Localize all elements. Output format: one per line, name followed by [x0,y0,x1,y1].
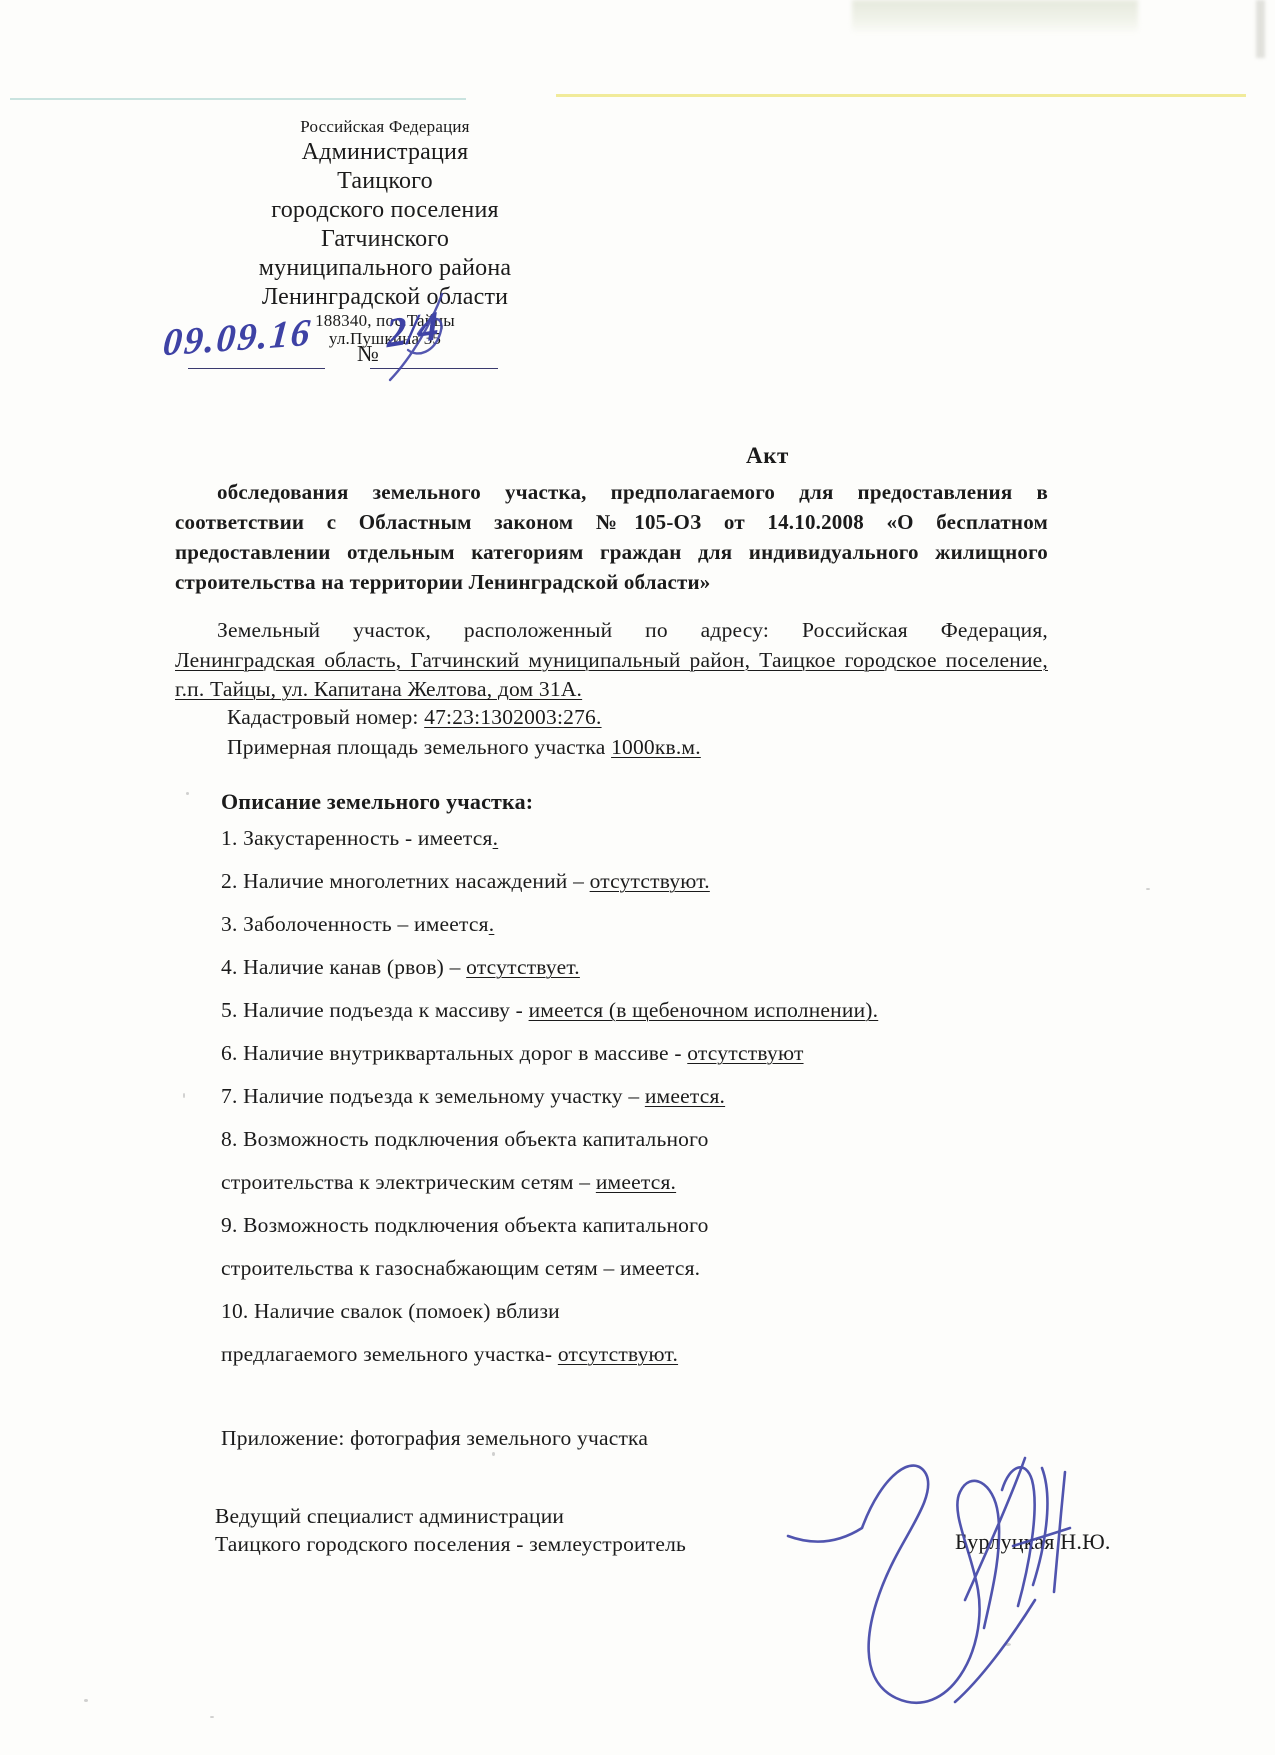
text-run: строительства к газоснабжающим сетям – и… [221,1256,700,1280]
description-line: 4. Наличие канав (рвов) – отсутствует. [221,956,1066,978]
description-line: 9. Возможность подключения объекта капит… [221,1214,1066,1236]
text-run: предоставлении отдельным категориям граж… [175,540,1048,564]
signatory-role: Ведущий специалист администрации Таицког… [215,1502,686,1558]
text-run: 1. Закустаренность - имеется [221,826,493,850]
description-line: 3. Заболоченность – имеется. [221,913,1066,935]
signatory-role-line2: Таицкого городского поселения - землеуст… [215,1530,686,1558]
description-line: 8. Возможность подключения объекта капит… [221,1128,1066,1150]
area-value: 1000кв.м. [611,735,701,759]
description-line: 10. Наличие свалок (помоек) вблизи [221,1300,1066,1322]
description-line: строительства к электрическим сетям – им… [221,1171,1066,1193]
description-line: 2. Наличие многолетних насаждений – отсу… [221,870,1066,892]
signatory-role-line1: Ведущий специалист администрации [215,1502,686,1530]
text-run: имеется. [645,1084,725,1108]
scan-speck [1146,888,1150,890]
text-run: . [493,826,499,850]
letterhead-org-line: Гатчинского [235,225,535,254]
scan-speck [210,1716,214,1718]
description-line: предлагаемого земельного участка- отсутс… [221,1343,1066,1365]
text-run: 10. Наличие свалок (помоек) вблизи [221,1299,560,1323]
text-run: отсутствуют [687,1041,803,1065]
intro-line: строительства на территории Ленинградско… [175,567,1048,597]
description-list: 1. Закустаренность - имеется.2. Наличие … [221,827,1066,1365]
description-line: 7. Наличие подъезда к земельному участку… [221,1085,1066,1107]
scan-speck [186,792,189,795]
description-line: 5. Наличие подъезда к массиву - имеется … [221,999,1066,1021]
text-run: . [489,912,495,936]
text-run: имеется. [596,1170,676,1194]
location-line: Ленинградская область, Гатчинский муници… [175,646,1048,676]
text-run: 9. Возможность подключения объекта капит… [221,1213,709,1237]
cadastre-line: Кадастровый номер: 47:23:1302003:276. [227,703,701,733]
text-run: г.п. Тайцы, ул. Капитана Желтова, дом 31… [175,677,582,701]
letterhead-org-line: Администрация [235,138,535,167]
cadastre-value: 47:23:1302003:276. [424,705,601,729]
text-run: 2. Наличие многолетних насаждений – [221,869,590,893]
text-run: Таицкого [337,168,433,194]
cadastre-block: Кадастровый номер: 47:23:1302003:276. Пр… [227,703,701,762]
text-run: строительства к электрическим сетям – [221,1170,596,1194]
description-line: 1. Закустаренность - имеется. [221,827,1066,849]
text-run: 4. Наличие канав (рвов) – [221,955,466,979]
ink-flourish [150,272,510,397]
text-run: Земельный участок, расположенный по адре… [217,618,1048,642]
intro-line: соответствии с Областным законом №105-ОЗ… [175,507,1048,537]
scanned-document-page: Российская Федерация АдминистрацияТаицко… [0,0,1275,1755]
text-run: 5. Наличие подъезда к массиву - [221,998,529,1022]
text-run: отсутствуют. [558,1342,678,1366]
intro-paragraph: обследования земельного участка, предпол… [175,477,1048,597]
text-run: Ленинградская область, Гатчинский муници… [175,648,1048,672]
letterhead-country: Российская Федерация [235,116,535,138]
letterhead-org-line: Таицкого [235,167,535,196]
text-run: строительства на территории Ленинградско… [175,570,710,594]
document-title: Акт [746,443,789,469]
scan-line-teal [10,98,466,100]
location-line: г.п. Тайцы, ул. Капитана Желтова, дом 31… [175,675,1048,705]
area-label: Примерная площадь земельного участка [227,735,611,759]
area-line: Примерная площадь земельного участка 100… [227,733,701,763]
description-heading: Описание земельного участка: [221,790,1066,814]
text-run: Гатчинского [321,226,449,252]
description-line: строительства к газоснабжающим сетям – и… [221,1257,1066,1279]
scan-line-yellow [556,94,1246,97]
text-run: имеется (в щебеночном исполнении). [529,998,879,1022]
location-paragraph: Земельный участок, расположенный по адре… [175,616,1048,705]
text-run: 3. Заболоченность – имеется [221,912,489,936]
description-line: 6. Наличие внутриквартальных дорог в мас… [221,1042,1066,1064]
text-run: городского поселения [271,197,499,223]
cadastre-label: Кадастровый номер: [227,705,424,729]
scan-edge-shadow [1256,0,1265,58]
signature-scribble [770,1450,1080,1722]
text-run: соответствии с Областным законом №105-ОЗ… [175,510,1048,534]
scan-smudge [852,0,1138,34]
text-run: отсутствует. [466,955,580,979]
scan-speck [183,1093,185,1098]
text-run: 8. Возможность подключения объекта капит… [221,1127,709,1151]
intro-line: предоставлении отдельным категориям граж… [175,537,1048,567]
scan-speck [492,1452,495,1456]
attachment-line: Приложение: фотография земельного участк… [221,1426,648,1451]
letterhead-org-line: городского поселения [235,196,535,225]
scan-speck [84,1699,88,1702]
text-run: 6. Наличие внутриквартальных дорог в мас… [221,1041,687,1065]
description-section: Описание земельного участка: 1. Закустар… [221,790,1066,1386]
location-line: Земельный участок, расположенный по адре… [175,616,1048,646]
text-run: отсутствуют. [590,869,710,893]
text-run: Администрация [302,139,469,165]
intro-line: обследования земельного участка, предпол… [175,477,1048,507]
text-run: 7. Наличие подъезда к земельному участку… [221,1084,645,1108]
text-run: обследования земельного участка, предпол… [217,480,1048,504]
text-run: предлагаемого земельного участка- [221,1342,558,1366]
